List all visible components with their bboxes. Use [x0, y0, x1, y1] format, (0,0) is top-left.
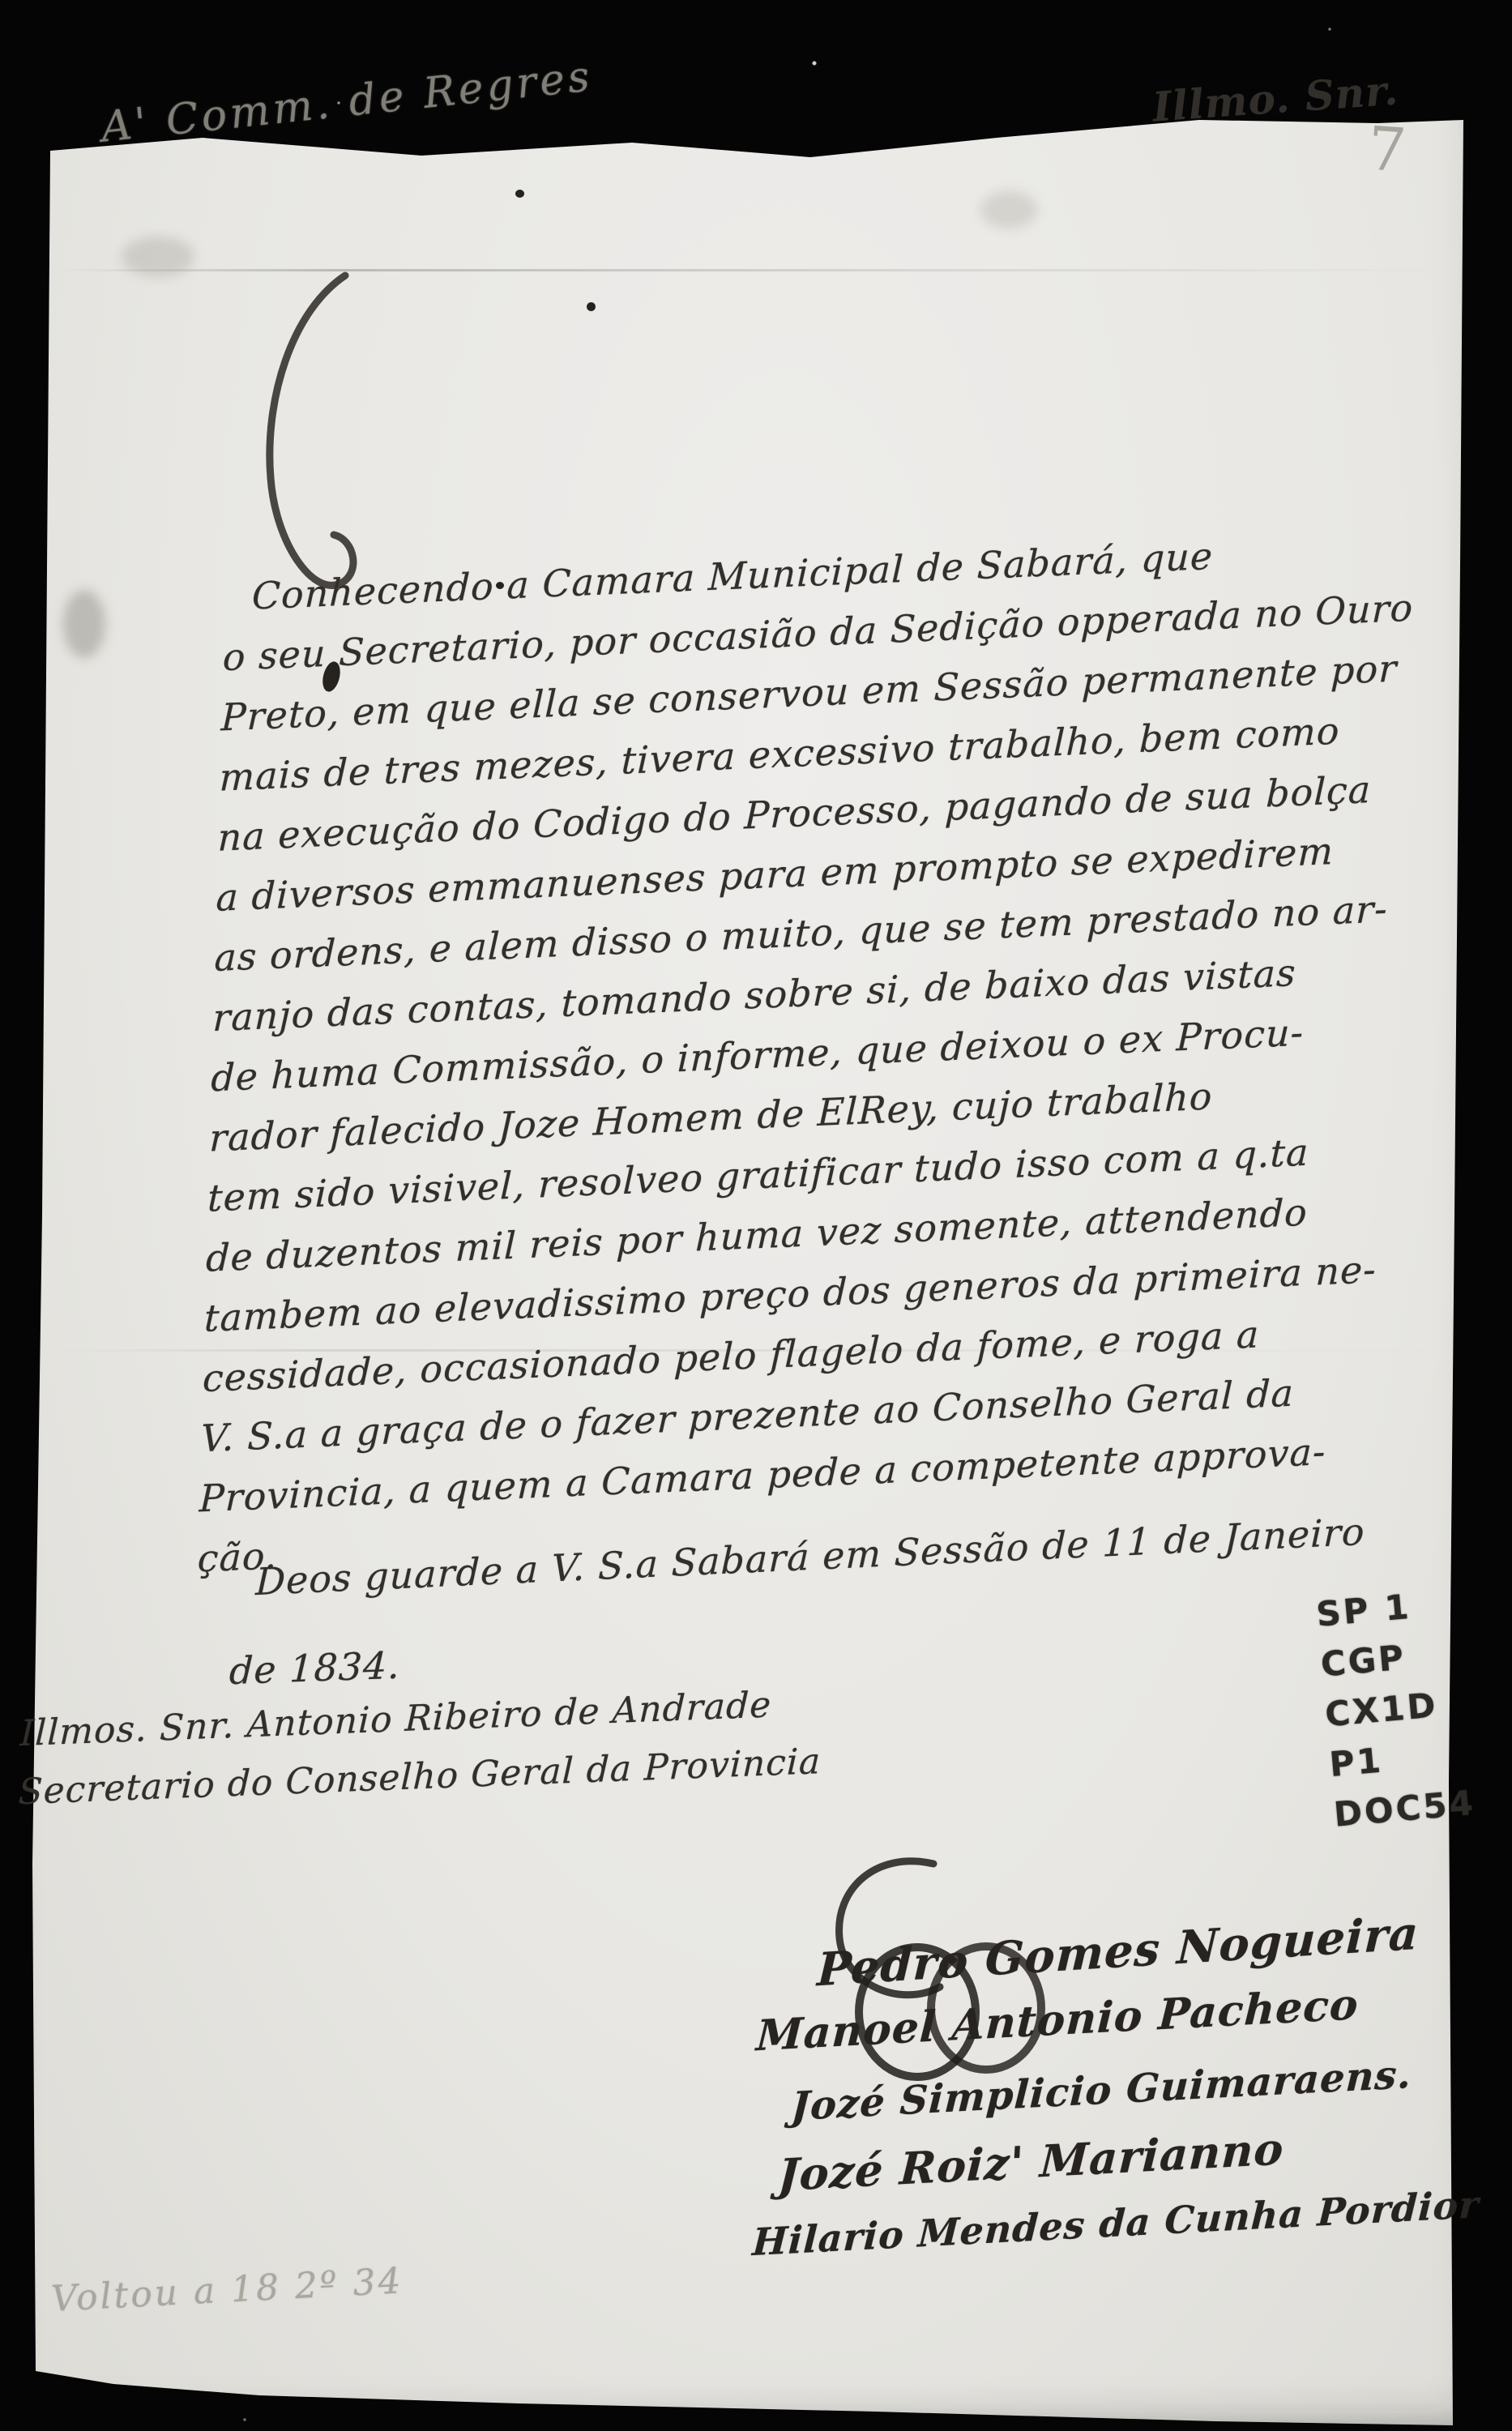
- paper-smudge: [122, 237, 194, 277]
- pencil-docket-note: A' Comm. de Regres: [99, 52, 595, 152]
- ink-blot: [496, 582, 504, 589]
- ink-blot: [587, 302, 596, 311]
- archival-reference-stamp: SP 1 CGP CX1D P1 DOC54: [1314, 1578, 1477, 1840]
- letter-body: Conhecendo a Camara Municipal de Sabará,…: [197, 519, 1375, 1589]
- scanned-manuscript-page: A' Comm. de Regres Illmo. Snr. 7 Conhece…: [0, 0, 1512, 2431]
- paper-smudge: [63, 590, 105, 658]
- salutation: Illmo. Snr.: [1151, 66, 1400, 130]
- date-line: de 1834.: [229, 1643, 401, 1693]
- page-number: 7: [1365, 113, 1408, 186]
- ink-blot: [515, 190, 524, 198]
- paper-smudge: [980, 191, 1037, 229]
